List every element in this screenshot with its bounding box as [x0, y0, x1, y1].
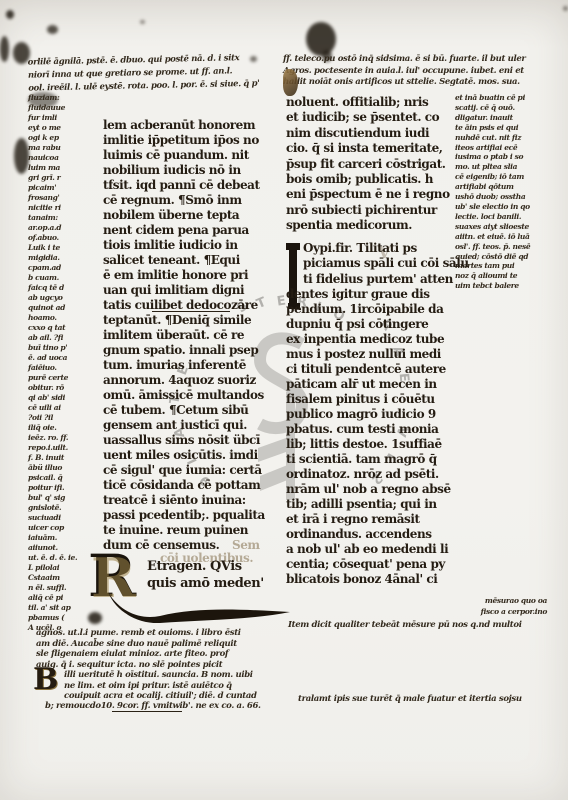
text-line: te inuine. reum puinen	[103, 523, 288, 538]
text-line: tiois imlitie iudicio in	[103, 238, 288, 253]
gloss-line: repo.i.uilt.	[28, 443, 94, 453]
main-text-column-right-top: noluent. offitialib; nriset iudicib; se …	[286, 95, 464, 234]
gloss-line: obitur. rō	[28, 383, 94, 393]
text-line: imlitie ip̄petitum ip̄os no	[103, 133, 288, 148]
gloss-line: faiēiuo.	[28, 363, 94, 373]
initial-flourish-icon	[100, 590, 295, 626]
text-line: bois omib; publicatis. h	[286, 172, 464, 187]
ink-stain	[47, 25, 58, 34]
gloss-line: cxxo q tat	[28, 323, 94, 333]
gloss-line: Luik i te	[28, 243, 94, 253]
text-line: nobilem überne tepta	[103, 208, 288, 223]
gloss-line: ābü illuo	[28, 463, 94, 473]
ink-stain	[14, 138, 29, 174]
gloss-line: aliq̄ cē pi	[28, 593, 94, 603]
text-line: pendium. 1ircōipabile da	[286, 302, 464, 317]
text-line: cē regnum. ¶Smō inm	[103, 193, 288, 208]
text-line: omū. āmissicē multandos	[103, 388, 288, 403]
gloss-line: nuhdē cut. nit fiz	[455, 133, 565, 143]
text-line: passi pcedentib;. pqualita	[103, 508, 288, 523]
main-text-column-left: lem acberanūt honoremimlitie ip̄petitum …	[103, 118, 288, 553]
gloss-line: iliq̄ oie.	[28, 423, 94, 433]
text-line: treatcē i siēnto inuina:	[103, 493, 288, 508]
gloss-line: ogi k ep	[28, 133, 94, 143]
rubric-lines-after-initial: Etragen. QVisquis amō meden'	[147, 558, 289, 592]
gloss-line: ab ugcyo	[28, 293, 94, 303]
gloss-line: ne lim. et oim ipi pritur. istē auiētco …	[64, 681, 292, 692]
gloss-line: cpam.ad	[28, 263, 94, 273]
text-line: imlitem überaūt. cē re	[103, 328, 288, 343]
gloss-line: fluziam:	[28, 93, 94, 103]
ink-stain	[563, 6, 568, 11]
gloss-line: psicail. q̄	[28, 473, 94, 483]
manuscript-photo: STERIOETAL9RAEVL2 orlilē āgnilā. pstē. ē…	[0, 0, 568, 800]
text-line: ti fidelius purtem' atten	[303, 272, 465, 287]
gloss-line: of.abuo.	[28, 233, 94, 243]
gloss-line: mēsurao quo oa	[455, 596, 547, 607]
gloss-line: ē. ad uoca	[28, 353, 94, 363]
faded-word: Sem	[232, 538, 260, 552]
gloss-line: iusima o ptab i so	[455, 152, 565, 162]
bottom-gloss-block-last-line: b; remoucdo10. 9cor. ff. vmitwib'. ne ex…	[45, 701, 293, 711]
text-line: nrām ul' nob a regno absē	[286, 482, 464, 497]
gloss-line: dligatur. inauit	[455, 113, 565, 123]
gloss-line: ushō duob; osstha	[455, 192, 565, 202]
gloss-line: ut. ē. d. ē. ie.	[28, 553, 94, 563]
gloss-line: scatij. cē q̄ ouō.	[455, 103, 565, 113]
text-line: ē em imlitie honore pri	[103, 268, 288, 283]
text-line: cio. q̄ si insta temeritate,	[286, 141, 464, 156]
gloss-line: cē eigenib; iō tam	[455, 172, 565, 182]
gloss-line: gri grī. r	[28, 173, 94, 183]
gloss-line: ar.op.a.d	[28, 223, 94, 233]
text-line: fisalem pinitus i cōuētu	[286, 392, 464, 407]
text-line: ordinatoz. nrōz ad psēti.	[286, 467, 464, 482]
text-line: mus i postez nullui medi	[286, 347, 464, 362]
text-line: lem acberanūt honorem	[103, 118, 288, 133]
text-line: dupniu q̄ psi cōtingere	[286, 317, 464, 332]
gloss-line: fur imli	[28, 113, 94, 123]
text-line: ticē cōsidanda cē pottam	[103, 478, 288, 493]
scribal-underline	[112, 711, 182, 712]
text-line: Oypi.fir. Tilitati ps	[303, 241, 465, 256]
gloss-line: illi ueritutē h oīstitui. sauncia. B nom…	[64, 670, 292, 681]
header-gloss-right: ff. teleco.pu ostō inq̄ sidsima. ē si bū…	[283, 54, 565, 89]
text-line: spentia medicorum.	[286, 218, 464, 233]
text-line: gnum spatio. innali psep	[103, 343, 288, 358]
gloss-line: mo. ut pltea slia	[455, 162, 565, 172]
text-line: ti scientiā. tam magrō q̄	[286, 452, 464, 467]
bottom-gloss-block-mid: illi ueritutē h oīstitui. sauncia. B nom…	[64, 670, 292, 702]
text-line: uan qui imlitiam digni	[103, 283, 288, 298]
text-line: luimis cē puandum. nit	[103, 148, 288, 163]
gloss-line: martes tam pui	[455, 261, 565, 271]
text-line: quis amō meden'	[147, 575, 289, 592]
gloss-line: picaim'	[28, 183, 94, 193]
text-line: p̄sup fit carceri cōstrigat.	[286, 157, 464, 172]
gloss-line: et inā buatin cē pi	[455, 93, 565, 103]
illuminated-initial-B: B	[33, 664, 58, 696]
gloss-line: frosang'	[28, 193, 94, 203]
gloss-line: fisco a cerpor.ino	[455, 607, 547, 618]
gloss-line: fluidauue	[28, 103, 94, 113]
text-line: uassallus sims nōsit übcī	[103, 433, 288, 448]
gloss-line: iaiuām.	[28, 533, 94, 543]
bottom-right-small-notes: mēsurao quo oafisco a cerpor.ino	[455, 596, 547, 617]
text-line: salicet teneant. ¶Equi	[103, 253, 288, 268]
bottom-gloss-block-top: agnos. ut.l.i pume. remb et ouioms. i li…	[36, 628, 292, 670]
gloss-line: b cuam.	[28, 273, 94, 283]
ink-stain	[0, 36, 9, 62]
gloss-line: auig. q̄ i. sequitur icta. no slē pointe…	[36, 660, 292, 671]
text-line: blicatois bonoz 4ānal' ci	[286, 572, 464, 587]
gloss-line: migidia.	[28, 253, 94, 263]
text-line: publico magrō iudicio 9	[286, 407, 464, 422]
gold-paraph-mark	[283, 69, 298, 96]
text-line: tfsit. iqd pannī cē debeat	[103, 178, 288, 193]
left-margin-gloss-column: fluziam:fluidauuefur imlieyt o meogi k e…	[28, 93, 94, 633]
bottom-annotation-line-1: Item dicit qualiter tebeāt mēsure pū nos…	[288, 620, 550, 630]
gloss-line: sle fligenaiem eiulat minioz. arte fiteo…	[36, 649, 292, 660]
main-text-column-right-rest: dentes igitur graue dispendium. 1ircōipa…	[286, 287, 464, 587]
text-line: nim discutiendum iudi	[286, 126, 464, 141]
text-line: cē sigul' que iumia: certā	[103, 463, 288, 478]
ink-stain	[140, 20, 145, 24]
text-line: ci tituli pendentcē autere	[286, 362, 464, 377]
text-line: noluent. offitialib; nris	[286, 95, 464, 110]
text-line: uent miles osicūtis. imdi	[103, 448, 288, 463]
text-line: teptanūt. ¶Deniq̄ simile	[103, 313, 288, 328]
gloss-line: tanaim:	[28, 213, 94, 223]
gloss-line: Agros. poctesente in auia.l. iul' occupu…	[283, 66, 565, 78]
gloss-line: purē certe	[28, 373, 94, 383]
gloss-line: iteos artifiai ecē	[455, 143, 565, 153]
text-line: et irā i regno remāsit	[286, 512, 464, 527]
gloss-line: te āin psis ei qui	[455, 123, 565, 133]
gloss-line: suaxes aiyt slioeste	[455, 222, 565, 232]
gloss-line: ab ail. ?fi	[28, 333, 94, 343]
gloss-line: f. B. inuit	[28, 453, 94, 463]
text-line: tum. imurias inferentē	[103, 358, 288, 373]
text-line: pāticam alr̄ ut mecen in	[286, 377, 464, 392]
text-line: piciamus spāli cui cōi sālu	[303, 256, 465, 271]
gloss-line: ?oii ?il	[28, 413, 94, 423]
right-margin-gloss-column: et inā buatin cē piscatij. cē q̄ ouō.dli…	[455, 93, 565, 291]
header-gloss-left: orlilē āgnilā. pstē. ē. dbuo. qui postē …	[28, 51, 277, 95]
gloss-line: artifiabi qōtum	[455, 182, 565, 192]
text-line: gensem ant iusticī qui.	[103, 418, 288, 433]
text-line: pbatus. cum testi monia	[286, 422, 464, 437]
gloss-line: aiiunot.	[28, 543, 94, 553]
text-line: cē tubem. ¶Cetum sibū	[103, 403, 288, 418]
gloss-line: suciuadi	[28, 513, 94, 523]
main-text-column-right-initial-lines: Oypi.fir. Tilitati pspiciamus spāli cui …	[303, 241, 465, 287]
gloss-line: ff. teleco.pu ostō inq̄ sidsima. ē si bū…	[283, 54, 565, 66]
text-line: eni p̄spectum ē ne i regno	[286, 187, 464, 202]
text-line: lib; littis destoe. 1suffiaē	[286, 437, 464, 452]
ink-stain	[306, 22, 336, 56]
text-line: Etragen. QVis	[147, 558, 289, 575]
gloss-line: agnos. ut.l.i pume. remb et ouioms. i li…	[36, 628, 292, 639]
gloss-line: nicitie ri	[28, 203, 94, 213]
gloss-line: nauicoa	[28, 153, 94, 163]
text-line: nent cidem pena parua	[103, 223, 288, 238]
gloss-line: uim tebct balere	[455, 281, 565, 291]
gloss-line: faicq tē d	[28, 283, 94, 293]
gloss-line: hoamo.	[28, 313, 94, 323]
gloss-line: osl'. ff. teos. p̄. nesē	[455, 242, 565, 252]
text-line: tib; adilli psentia; qui in	[286, 497, 464, 512]
gloss-line: noz q̄ alioumi te	[455, 271, 565, 281]
gloss-line: eyt o me	[28, 123, 94, 133]
bottom-annotation-line-2: tralamt ipis sue turēt q̄ male fuatur et…	[298, 694, 550, 704]
gloss-line: ma rabu	[28, 143, 94, 153]
text-line: centia; cōsequat' pena py	[286, 557, 464, 572]
gloss-line: bul' q' sig	[28, 493, 94, 503]
text-line: a nob ul' ab eo medendi li	[286, 542, 464, 557]
gloss-line: luim ma	[28, 163, 94, 173]
gloss-line: Cstaaim	[28, 573, 94, 583]
gloss-line: ub' sle electio in qo	[455, 202, 565, 212]
text-line: nobilium iudicis nō in	[103, 163, 288, 178]
gloss-line: gnislotē.	[28, 503, 94, 513]
text-line: ex inpentia medicoz tube	[286, 332, 464, 347]
text-line: nrō subiecti pichirentur	[286, 203, 464, 218]
gloss-line: uicer cop	[28, 523, 94, 533]
text-line: dentes igitur graue dis	[286, 287, 464, 302]
scribal-underline	[152, 311, 230, 312]
gloss-line: cē uili ai	[28, 403, 94, 413]
gloss-line: ieēz. ro. ff.	[28, 433, 94, 443]
text-line: ordinandus. accendens	[286, 527, 464, 542]
text-line: annorum. 4aquoz suoriz	[103, 373, 288, 388]
gloss-line: hallit noiāt onis artificos ut sttelie. …	[283, 77, 565, 89]
gloss-line: quinot ad	[28, 303, 94, 313]
gloss-line: L pilolai	[28, 563, 94, 573]
gloss-line: aiitn. et eiuē. iō luā	[455, 232, 565, 242]
gloss-line: buī tino p'	[28, 343, 94, 353]
gloss-line: am diē. Aucab̄e sine duo nauē palimē rel…	[36, 639, 292, 650]
gloss-line: pbamus (	[28, 613, 94, 623]
ink-stain	[6, 10, 14, 19]
text-line: et iudicib; se p̄sentet. co	[286, 110, 464, 125]
gloss-line: poitur ifi.	[28, 483, 94, 493]
gloss-line: til. a' sit ap	[28, 603, 94, 613]
gloss-line: quied; cōstō diē qd	[455, 252, 565, 262]
gloss-line: n ēl. suffl.	[28, 583, 94, 593]
gloss-line: qi ab' sidi	[28, 393, 94, 403]
gloss-line: lectie. loci banili.	[455, 212, 565, 222]
